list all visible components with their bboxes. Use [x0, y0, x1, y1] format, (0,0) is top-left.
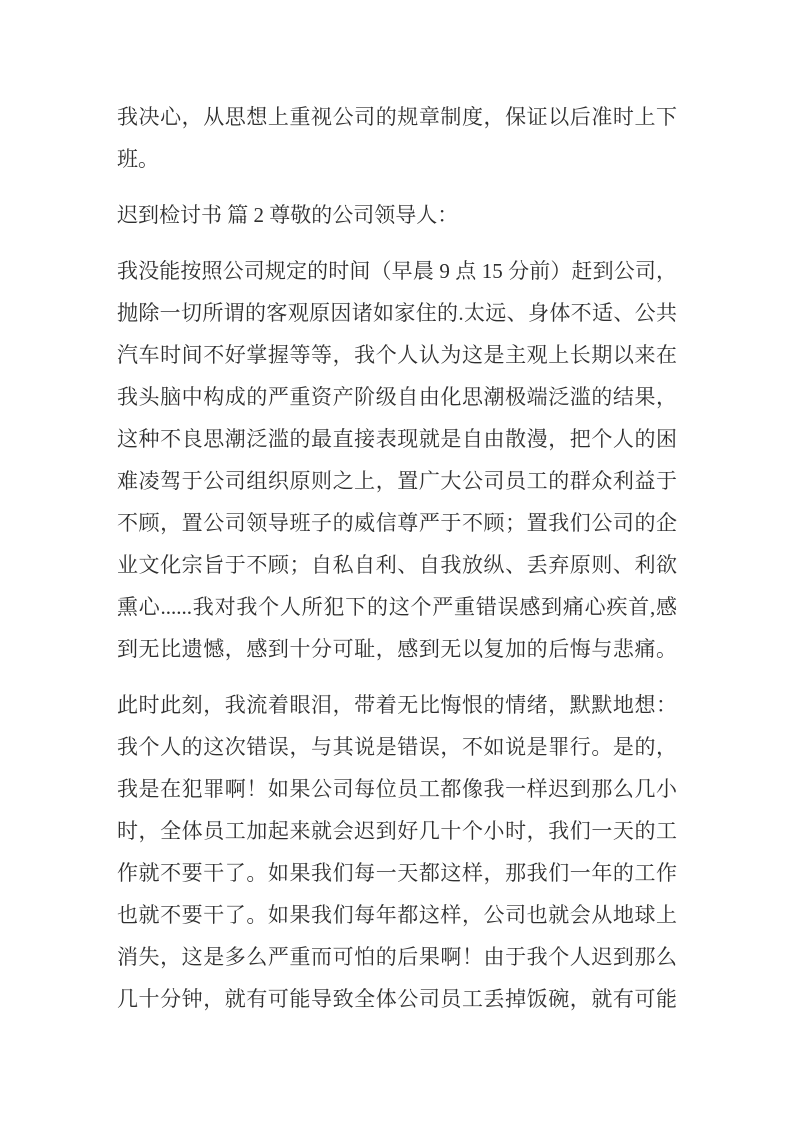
text-line: 难凌驾于公司组织原则之上，置广大公司员工的群众利益于	[117, 460, 677, 502]
text-line: 我决心，从思想上重视公司的规章制度，保证以后准时上下	[117, 96, 677, 138]
text-line: 熏心......我对我个人所犯下的这个严重错误感到痛心疾首,感	[117, 586, 677, 628]
text-line: 几十分钟，就有可能导致全体公司员工丢掉饭碗，就有可能	[117, 978, 677, 1020]
text-line: 我是在犯罪啊！如果公司每位员工都像我一样迟到那么几小	[117, 768, 677, 810]
text-line: 汽车时间不好掌握等等，我个人认为这是主观上长期以来在	[117, 334, 677, 376]
text-line: 作就不要干了。如果我们每一天都这样，那我们一年的工作	[117, 852, 677, 894]
section-heading: 迟到检讨书 篇 2 尊敬的公司领导人：	[117, 194, 677, 236]
text-line: 我没能按照公司规定的时间（早晨 9 点 15 分前）赶到公司，	[117, 250, 677, 292]
text-line: 抛除一切所谓的客观原因诸如家住的.太远、身体不适、公共	[117, 292, 677, 334]
text-line: 时，全体员工加起来就会迟到好几十个小时，我们一天的工	[117, 810, 677, 852]
text-line: 业文化宗旨于不顾；自私自利、自我放纵、丢弃原则、利欲	[117, 544, 677, 586]
text-line: 这种不良思潮泛滥的最直接表现就是自由散漫，把个人的困	[117, 418, 677, 460]
paragraph: 我没能按照公司规定的时间（早晨 9 点 15 分前）赶到公司，抛除一切所谓的客观…	[117, 250, 677, 670]
text-line: 我个人的这次错误，与其说是错误，不如说是罪行。是的，	[117, 726, 677, 768]
paragraph: 我决心，从思想上重视公司的规章制度，保证以后准时上下班。	[117, 96, 677, 180]
text-line: 我头脑中构成的严重资产阶级自由化思潮极端泛滥的结果，	[117, 376, 677, 418]
text-line: 到无比遗憾，感到十分可耻，感到无以复加的后悔与悲痛。	[117, 628, 677, 670]
text-line: 也就不要干了。如果我们每年都这样，公司也就会从地球上	[117, 894, 677, 936]
text-line: 消失，这是多么严重而可怕的后果啊！由于我个人迟到那么	[117, 936, 677, 978]
text-line: 迟到检讨书 篇 2 尊敬的公司领导人：	[117, 194, 677, 236]
document-page: 我决心，从思想上重视公司的规章制度，保证以后准时上下班。迟到检讨书 篇 2 尊敬…	[0, 0, 793, 1122]
document-content: 我决心，从思想上重视公司的规章制度，保证以后准时上下班。迟到检讨书 篇 2 尊敬…	[117, 96, 677, 1020]
text-line: 班。	[117, 138, 677, 180]
text-line: 不顾，置公司领导班子的威信尊严于不顾；置我们公司的企	[117, 502, 677, 544]
text-line: 此时此刻，我流着眼泪，带着无比悔恨的情绪，默默地想：	[117, 684, 677, 726]
paragraph: 此时此刻，我流着眼泪，带着无比悔恨的情绪，默默地想：我个人的这次错误，与其说是错…	[117, 684, 677, 1020]
